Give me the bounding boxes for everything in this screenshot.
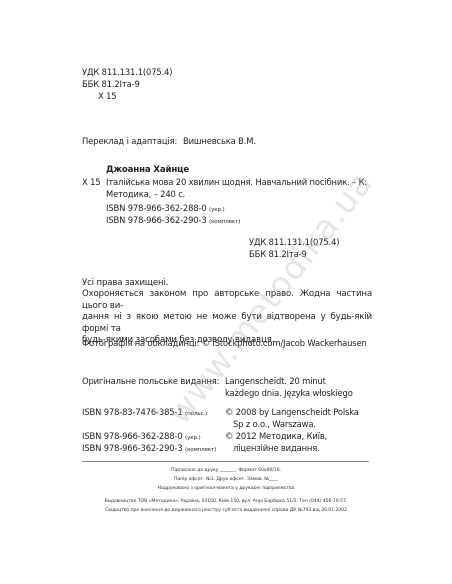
isbn-note: (комплект)	[209, 219, 240, 225]
translator-name: Вишневська В.М.	[183, 136, 256, 148]
rights-line: дання ні з якою метою не може бути відтв…	[82, 312, 372, 335]
udk-code: УДК 811.131.1(075.4)	[82, 67, 172, 79]
copyright-polish-line2: Sp z o.o., Warszawa.	[233, 419, 316, 431]
original-title-line1: Langenscheidt. 20 minut	[225, 376, 326, 388]
isbn-note: (польс.)	[185, 411, 207, 417]
isbn-number: ISBN 978-83-7476-385-1	[82, 407, 183, 417]
copyright-polish-line1: © 2008 by Langenscheidt Polska	[225, 407, 359, 419]
rights-line: Усі права захищені.	[82, 278, 372, 289]
photo-credit: Фотографія на обкладинці: © iStockphoto.…	[82, 338, 367, 350]
book-imprint-page: УДК 811.131.1(075.4) ББК 81.2Іта-9 Х 15 …	[0, 0, 452, 584]
imprint-line1: Підписано до друку _______. Формат 60х90…	[62, 466, 390, 475]
original-title-line2: każdego dnia. Języka włoskiego	[225, 388, 353, 400]
isbn-note: (укр.)	[209, 207, 224, 213]
divider-rule	[82, 461, 369, 462]
author-mark: Х 15	[98, 91, 116, 103]
isbn-note: (укр.)	[185, 435, 200, 441]
bbk-code: ББК 81.2Іта-9	[82, 79, 140, 91]
isbn-set: ISBN 978-966-362-290-3 (комплект)	[106, 215, 240, 229]
original-edition-label: Оригінальне польське видання:	[82, 376, 219, 388]
udk-code-right: УДК 811.131.1(075.4)	[249, 237, 339, 249]
imprint-line3: Надруковано з оригінал-макета у друкарні…	[62, 484, 390, 493]
imprint-line5: Свідоцтво про внесення до державного реє…	[62, 506, 390, 515]
isbn-number: ISBN 978-966-362-288-0	[106, 203, 207, 213]
author-name: Джоанна Хайнце	[106, 165, 189, 177]
imprint-line4: Видавництво ТОВ «Методика», Україна, 031…	[62, 497, 390, 506]
isbn-set-2: ISBN 978-966-362-290-3 (комплект)	[82, 443, 216, 457]
isbn-number: ISBN 978-966-362-288-0	[82, 431, 183, 441]
book-title-line1: Італійська мова 20 хвилин щодня. Навчаль…	[106, 177, 367, 189]
copyright-ukr-line1: © 2012 Методика, Київ,	[225, 431, 327, 443]
rights-line: Охороняється законом про авторське право…	[82, 289, 372, 312]
book-title-line2: Методика, – 240 с.	[106, 189, 185, 201]
bbk-code-right: ББК 81.2Іта-9	[249, 249, 307, 261]
bib-author-mark: Х 15	[82, 177, 100, 189]
isbn-number: ISBN 978-966-362-290-3	[82, 443, 183, 453]
isbn-number: ISBN 978-966-362-290-3	[106, 215, 207, 225]
translation-label: Переклад і адаптація:	[82, 136, 177, 148]
copyright-ukr-line2: ліцензійне видання.	[233, 443, 320, 455]
imprint-line2: Папір офсет. №1. Друк офсет. Замов. №___…	[62, 475, 390, 484]
isbn-note: (комплект)	[185, 447, 216, 453]
rights-notice: Усі права захищені. Охороняється законом…	[82, 278, 372, 346]
isbn-polish: ISBN 978-83-7476-385-1 (польс.)	[82, 407, 207, 421]
